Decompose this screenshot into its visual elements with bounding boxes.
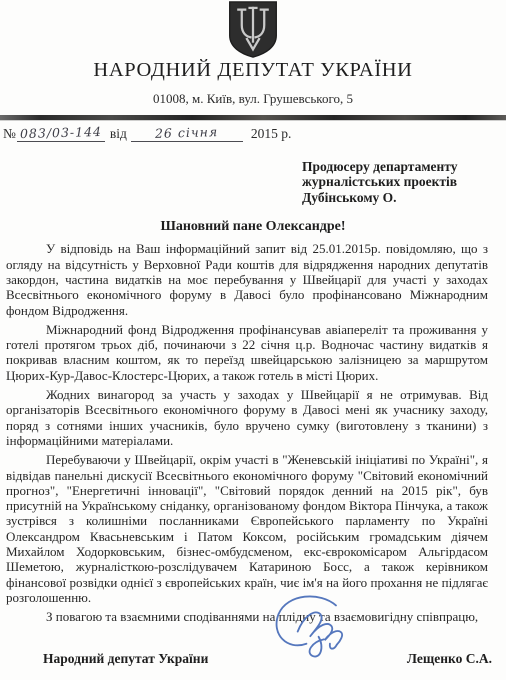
salutation: Шановний пане Олександре! bbox=[0, 219, 506, 235]
divider-rule bbox=[0, 115, 506, 120]
reference-number-prefix: № bbox=[3, 126, 16, 141]
reference-line: №083/03-144від26 січня2015 р. bbox=[0, 126, 506, 142]
reference-date-handwritten: 26 січня bbox=[155, 125, 219, 141]
reference-number-field: 083/03-144 bbox=[17, 127, 105, 142]
signature-block: Народний депутат України Лещенко С.А. bbox=[0, 651, 506, 667]
recipient-line: Дубінському О. bbox=[302, 190, 506, 206]
signer-position: Народний депутат України bbox=[43, 651, 208, 667]
reference-date-label: від bbox=[110, 126, 127, 141]
reference-year: 2015 р. bbox=[251, 126, 292, 141]
letter-page: НАРОДНИЙ ДЕПУТАТ УКРАЇНИ 01008, м. Київ,… bbox=[0, 0, 506, 680]
reference-number-handwritten: 083/03-144 bbox=[20, 124, 102, 140]
signer-name: Лещенко С.А. bbox=[407, 651, 492, 667]
recipient-block: Продюсеру департаменту журналістських пр… bbox=[302, 159, 506, 206]
body-paragraph: Міжнародний фонд Відродження профінансув… bbox=[6, 322, 488, 383]
body-paragraph: Перебуваючи у Швейцарії, окрім участі в … bbox=[6, 452, 488, 605]
body-paragraph: Жодних винагород за участь у заходах у Ш… bbox=[6, 387, 488, 448]
recipient-line: журналістських проектів bbox=[302, 174, 506, 190]
letterhead-address: 01008, м. Київ, вул. Грушевського, 5 bbox=[0, 91, 506, 107]
ukraine-trident-emblem-icon bbox=[227, 1, 279, 58]
body-paragraph: У відповідь на Ваш інформаційний запит в… bbox=[6, 241, 488, 317]
handwritten-signature-icon bbox=[260, 588, 358, 662]
letterhead-title: НАРОДНИЙ ДЕПУТАТ УКРАЇНИ bbox=[0, 59, 506, 82]
reference-date-field: 26 січня bbox=[131, 127, 243, 142]
letter-body: У відповідь на Ваш інформаційний запит в… bbox=[0, 241, 506, 605]
letterhead bbox=[0, 0, 506, 57]
recipient-line: Продюсеру департаменту bbox=[302, 159, 506, 175]
closing-line: З повагою та взаємними сподіваннями на п… bbox=[0, 609, 506, 624]
